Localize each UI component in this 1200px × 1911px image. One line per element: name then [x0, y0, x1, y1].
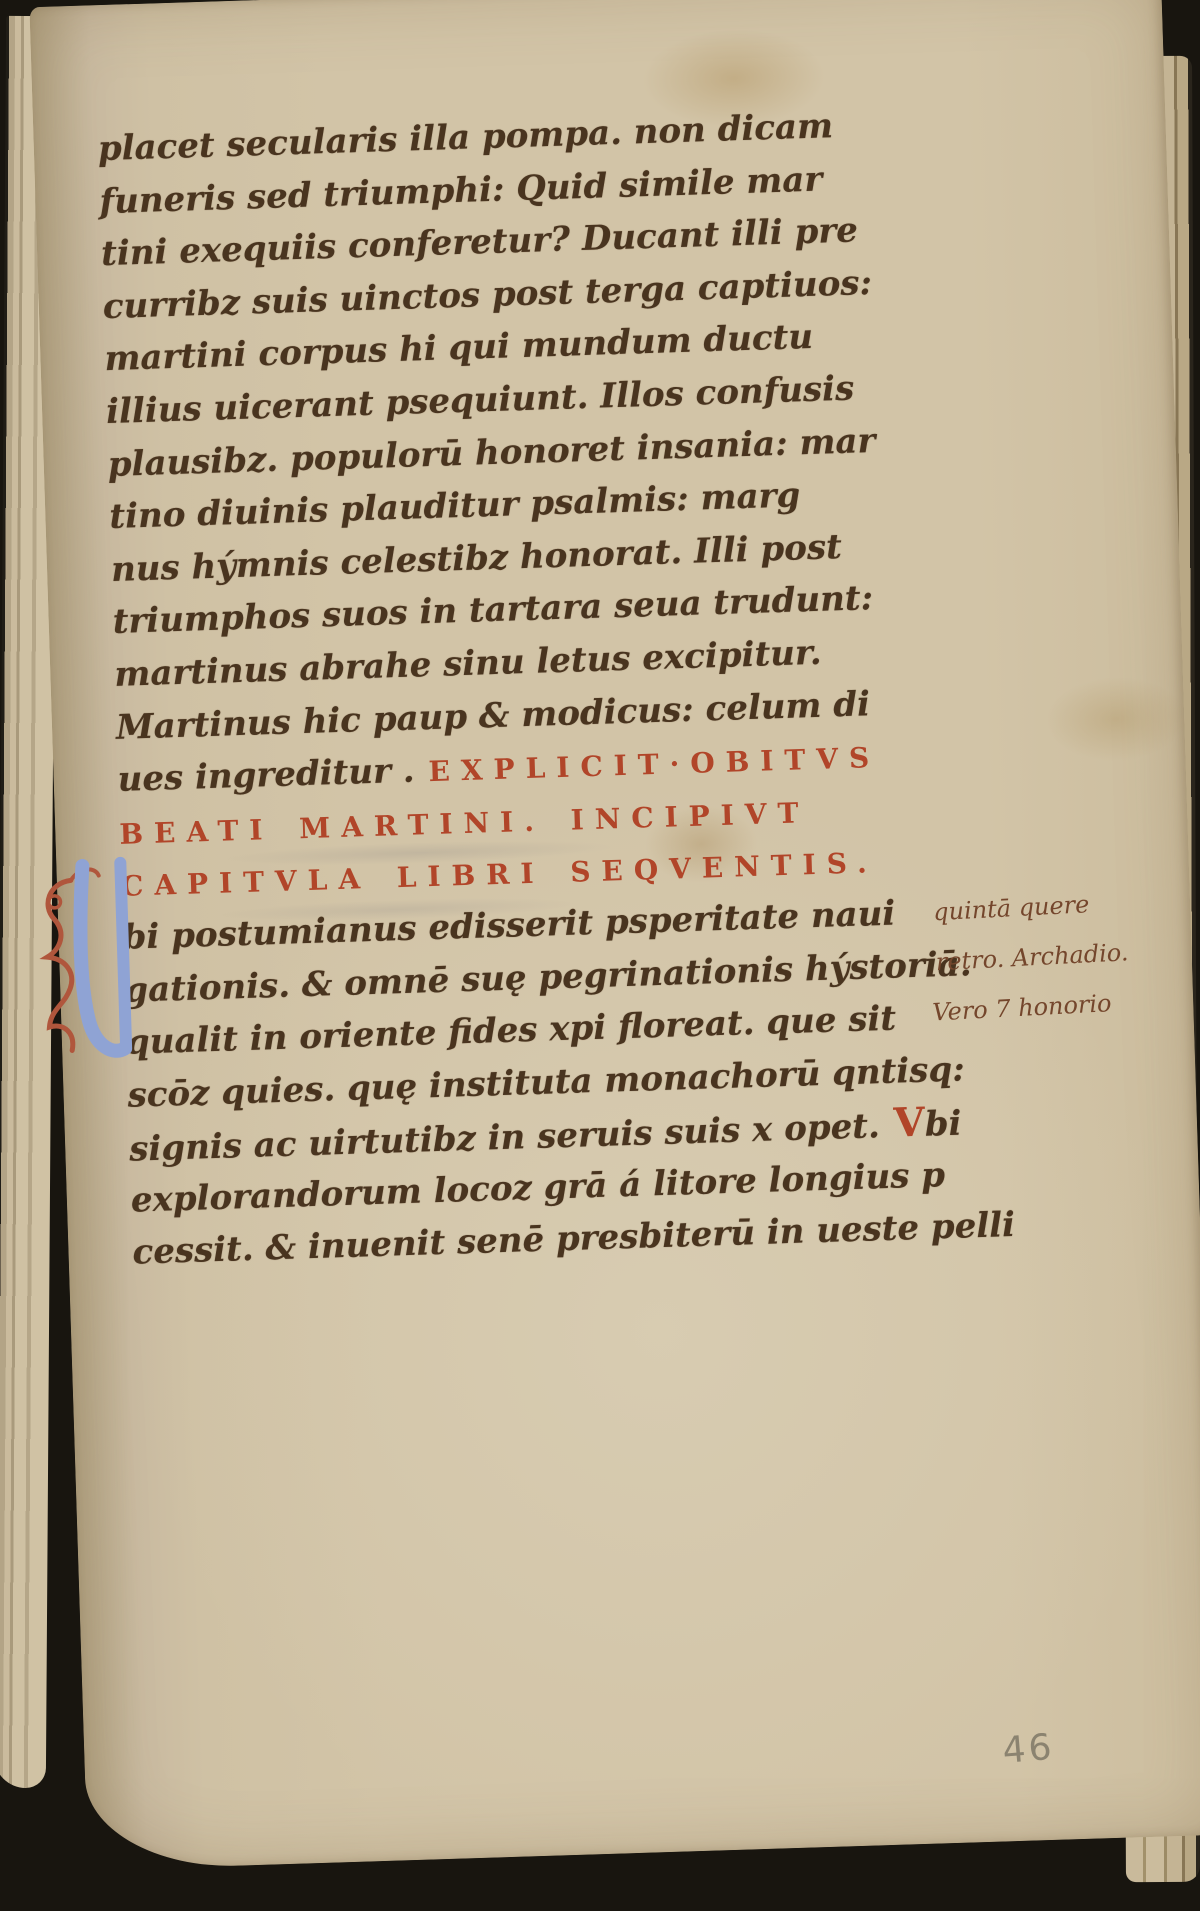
- marginal-note: quintā quere retro. Archadio. Vero 7 hon…: [932, 877, 1132, 1037]
- initial-letter-stem: [120, 863, 126, 1049]
- photo-background: { "ms": { "folio_number": "46", "initial…: [0, 0, 1200, 1911]
- rubricated-v-initial: V: [893, 1099, 926, 1147]
- marginal-note-line-3: Vero 7 honorio: [931, 977, 1132, 1037]
- initial-flourish-eye: [48, 896, 60, 908]
- illuminated-initial-U: [36, 853, 137, 1086]
- folio-number: 46: [1001, 1727, 1056, 1772]
- rubric-explicit: EXPLICIT·OBITVS: [428, 741, 881, 788]
- manuscript-page: placet secularis illa pompa. non dicam f…: [29, 0, 1200, 1870]
- text-column: placet secularis illa pompa. non dicam f…: [97, 101, 853, 1280]
- text-line-20b: bi: [924, 1104, 962, 1145]
- text-line-13: ues ingreditur .: [117, 751, 415, 800]
